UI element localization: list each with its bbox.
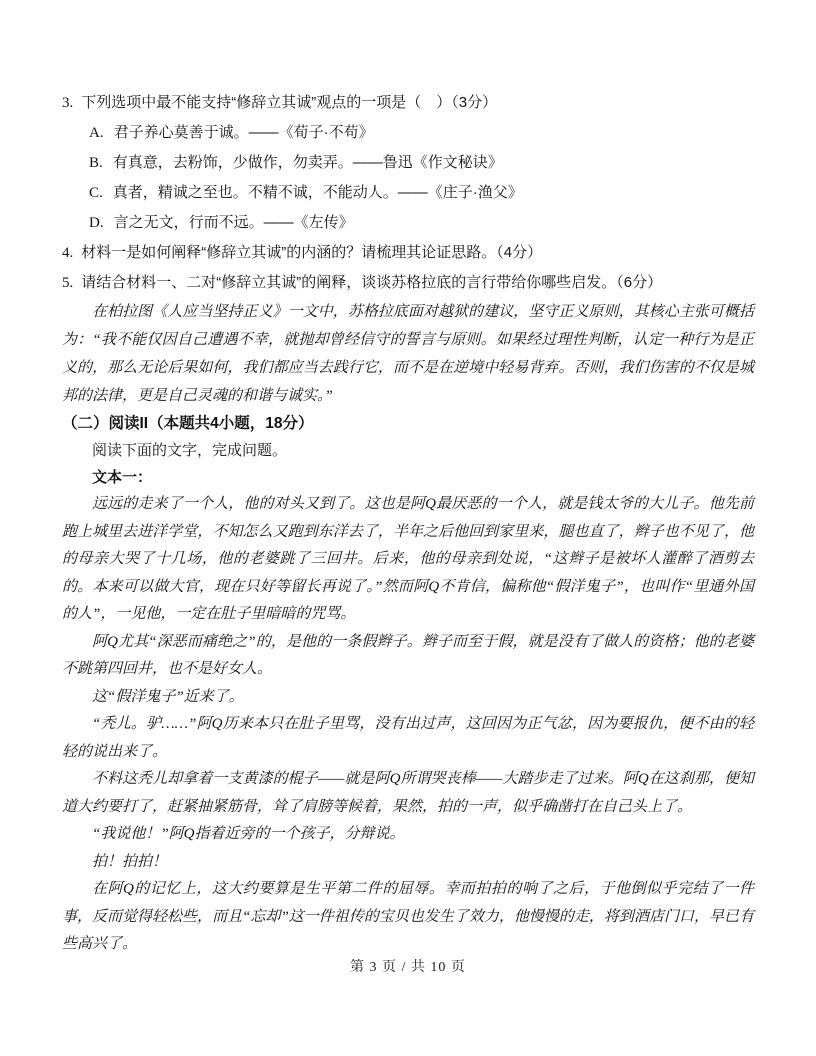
exam-page: 3.下列选项中最不能支持“修辞立其诚”观点的一项是（ ）（3分） A.君子养心莫… bbox=[0, 0, 816, 1056]
story-paragraph-5: 不料这秃儿却拿着一支黄漆的棍子——就是阿Q所谓哭丧棒——大踏步走了过来。阿Q在这… bbox=[62, 766, 754, 821]
question-3-option-b: B.有真意，去粉饰，少做作，勿卖弄。——鲁迅《作文秘诀》 bbox=[62, 148, 754, 178]
text-1-label: 文本一： bbox=[62, 464, 754, 491]
story-paragraph-3: 这“假洋鬼子”近来了。 bbox=[62, 684, 754, 712]
question-4: 4.材料一是如何阐释“修辞立其诚”的内涵的？请梳理其论证思路。（4分） bbox=[62, 238, 754, 268]
story-paragraph-4: “秃儿。驴……”阿Q历来本只在肚子里骂，没有出过声，这回因为正气忿，因为要报仇，… bbox=[62, 711, 754, 766]
option-a-label: A. bbox=[89, 118, 104, 148]
question-3: 3.下列选项中最不能支持“修辞立其诚”观点的一项是（ ）（3分） bbox=[62, 88, 754, 118]
option-c-text: 真者，精诚之至也。不精不诚，不能动人。——《庄子·渔父》 bbox=[113, 184, 523, 201]
story-paragraph-1: 远远的走来了一个人，他的对头又到了。这也是阿Q最厌恶的一个人，就是钱太爷的大儿子… bbox=[62, 491, 754, 629]
option-b-label: B. bbox=[89, 148, 103, 178]
option-b-text: 有真意，去粉饰，少做作，勿卖弄。——鲁迅《作文秘诀》 bbox=[113, 154, 503, 171]
question-4-stem: 材料一是如何阐释“修辞立其诚”的内涵的？请梳理其论证思路。（4分） bbox=[81, 244, 542, 261]
question-3-stem: 下列选项中最不能支持“修辞立其诚”观点的一项是（ ）（3分） bbox=[81, 94, 497, 111]
question-4-number: 4. bbox=[62, 238, 73, 268]
question-3-option-a: A.君子养心莫善于诚。——《荀子·不苟》 bbox=[62, 118, 754, 148]
story-paragraph-7: 拍！拍拍！ bbox=[62, 849, 754, 877]
question-5-number: 5. bbox=[62, 268, 73, 298]
option-d-label: D. bbox=[89, 208, 104, 238]
plato-passage: 在柏拉图《人应当坚持正义》一文中，苏格拉底面对越狱的建议，坚守正义原则，其核心主… bbox=[62, 298, 754, 410]
reading-instruction: 阅读下面的文字，完成问题。 bbox=[62, 437, 754, 464]
story-paragraph-8: 在阿Q的记忆上，这大约要算是生平第二件的屈辱。幸而拍拍的响了之后，于他倒似乎完结… bbox=[62, 876, 754, 959]
story-excerpt: 远远的走来了一个人，他的对头又到了。这也是阿Q最厌恶的一个人，就是钱太爷的大儿子… bbox=[62, 491, 754, 959]
question-5: 5.请结合材料一、二对“修辞立其诚”的阐释，谈谈苏格拉底的言行带给你哪些启发。（… bbox=[62, 268, 754, 298]
questions-block: 3.下列选项中最不能支持“修辞立其诚”观点的一项是（ ）（3分） A.君子养心莫… bbox=[62, 88, 754, 298]
question-3-option-d: D.言之无文，行而不远。——《左传》 bbox=[62, 208, 754, 238]
option-a-text: 君子养心莫善于诚。——《荀子·不苟》 bbox=[114, 124, 374, 141]
option-c-label: C. bbox=[89, 178, 103, 208]
question-3-number: 3. bbox=[62, 88, 73, 118]
page-number-footer: 第 3 页 / 共 10 页 bbox=[0, 956, 816, 976]
section-2-heading: （二）阅读II（本题共4小题，18分） bbox=[62, 410, 754, 437]
question-5-stem: 请结合材料一、二对“修辞立其诚”的阐释，谈谈苏格拉底的言行带给你哪些启发。（6分… bbox=[81, 274, 662, 291]
story-paragraph-2: 阿Q尤其“深恶而痛绝之”的，是他的一条假辫子。辫子而至于假，就是没有了做人的资格… bbox=[62, 629, 754, 684]
option-d-text: 言之无文，行而不远。——《左传》 bbox=[114, 214, 354, 231]
story-paragraph-6: “我说他！”阿Q指着近旁的一个孩子，分辩说。 bbox=[62, 821, 754, 849]
question-3-option-c: C.真者，精诚之至也。不精不诚，不能动人。——《庄子·渔父》 bbox=[62, 178, 754, 208]
